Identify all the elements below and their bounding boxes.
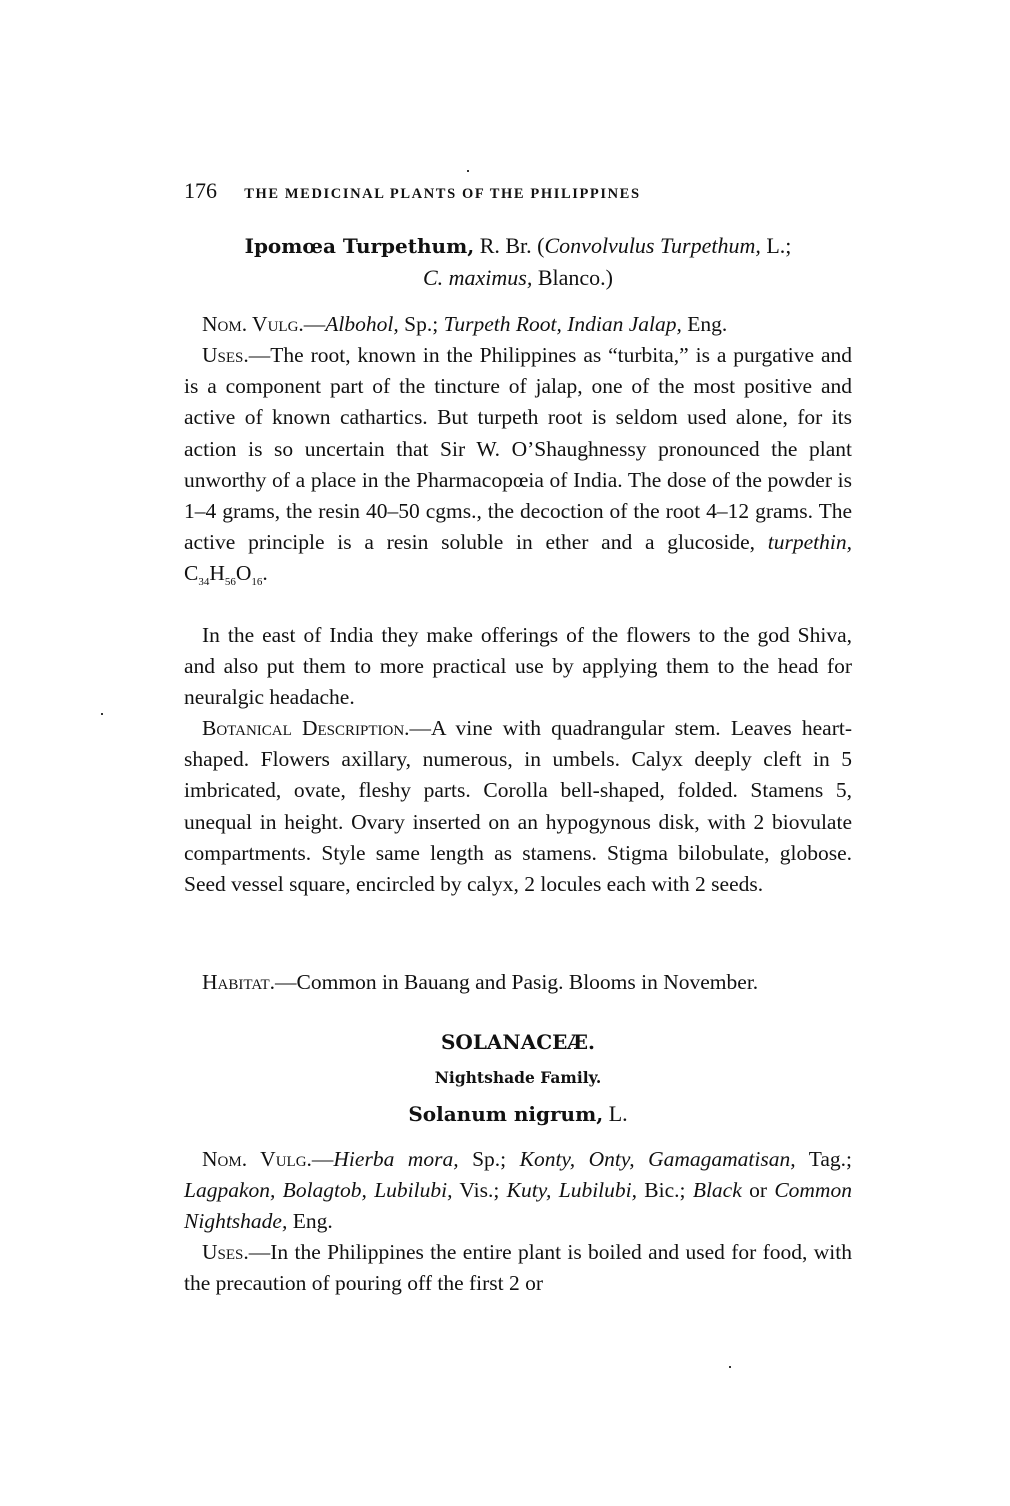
habitat-ipomoea: Habitat.—Common in Bauang and Pasig. Blo…	[184, 967, 852, 998]
synonym: C. maximus,	[423, 265, 532, 290]
species-heading-ipomoea: Ipomœa Turpethum, R. Br. (Convolvulus Tu…	[184, 230, 852, 293]
book-page: 176 THE MEDICINAL PLANTS OF THE PHILIPPI…	[0, 0, 1010, 1506]
running-header: 176 THE MEDICINAL PLANTS OF THE PHILIPPI…	[184, 178, 852, 206]
scan-speck	[729, 1366, 731, 1368]
india-paragraph: In the east of India they make offerings…	[184, 620, 852, 714]
scan-speck	[467, 170, 469, 172]
botanical-description-ipomoea: Botanical Description.—A vine with quadr…	[184, 713, 852, 900]
uses-solanum: Uses.—In the Philippines the entire plan…	[184, 1237, 852, 1299]
synonym: Convolvulus Turpethum,	[545, 233, 761, 258]
species-heading-solanum: Solanum nigrum, L.	[184, 1098, 852, 1130]
nom-vulg-ipomoea: Nom. Vulg.—Albohol, Sp.; Turpeth Root, I…	[184, 309, 852, 340]
family-heading: SOLANACEÆ.	[184, 1030, 852, 1054]
nom-vulg-solanum: Nom. Vulg.—Hierba mora, Sp.; Konty, Onty…	[184, 1144, 852, 1238]
page-number: 176	[184, 178, 217, 203]
uses-ipomoea: Uses.—The root, known in the Philippines…	[184, 340, 852, 590]
running-title: THE MEDICINAL PLANTS OF THE PHILIPPINES	[244, 186, 640, 202]
species-name: Solanum nigrum,	[408, 1102, 603, 1126]
species-name: Ipomœa Turpethum,	[245, 234, 475, 258]
family-common-name: Nightshade Family.	[184, 1068, 852, 1087]
scan-speck	[101, 713, 103, 715]
